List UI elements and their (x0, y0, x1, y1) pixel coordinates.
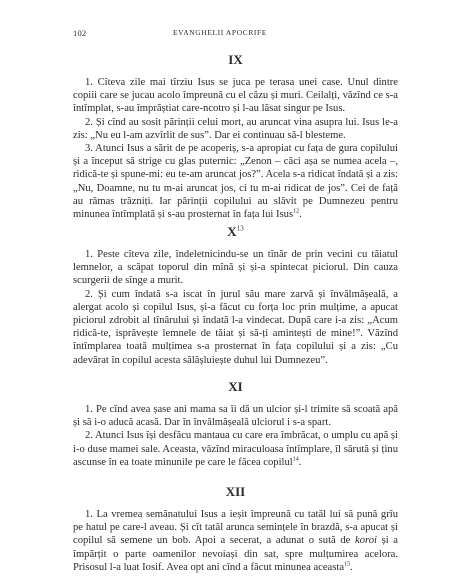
paragraph: 2. Și cînd au sosit părinții celui mort,… (73, 116, 398, 142)
paragraph-text: 2. Atunci Isus își desfăcu mantaua cu ca… (73, 430, 398, 467)
paragraph: 1. Pe cînd avea șase ani mama sa îi dă u… (73, 403, 398, 429)
book-page: 102 EVANGHELII APOCRIFE IX 1. Cîteva zil… (0, 0, 452, 584)
footnote-ref: 12 (293, 209, 299, 215)
chapter-x-text: 1. Peste cîteva zile, îndeletnicindu-se … (73, 248, 398, 367)
chapter-ix-text: 1. Cîteva zile mai tîrziu Isus se juca p… (73, 76, 398, 221)
paragraph-text: 3. Atunci Isus a sărit de pe acoperiș, s… (73, 143, 398, 220)
footnote-ref: 15 (344, 561, 350, 567)
page-number: 102 (73, 28, 86, 38)
chapter-number: IX (228, 52, 242, 67)
chapter-heading-xii: XII (73, 484, 398, 500)
chapter-number: X (227, 224, 236, 239)
chapter-heading-ix: IX (73, 52, 398, 68)
chapter-number: XII (226, 484, 246, 499)
paragraph: 1. La vremea semănatului Isus a ieșit îm… (73, 508, 398, 574)
footnote-ref: 14 (293, 456, 299, 462)
paragraph: 2. Atunci Isus își desfăcu mantaua cu ca… (73, 429, 398, 469)
italic-term: koroi (355, 535, 377, 546)
footnote-ref: 13 (237, 225, 244, 233)
paragraph: 1. Cîteva zile mai tîrziu Isus se juca p… (73, 76, 398, 116)
chapter-heading-xi: XI (73, 379, 398, 395)
paragraph: 2. Și cum îndată s-a iscat în jurul său … (73, 288, 398, 367)
paragraph: 1. Peste cîteva zile, îndeletnicindu-se … (73, 248, 398, 288)
chapter-heading-x: X13 (73, 224, 398, 240)
paragraph-text: 1. La vremea semănatului Isus a ieșit îm… (73, 509, 398, 546)
paragraph: 3. Atunci Isus a sărit de pe acoperiș, s… (73, 142, 398, 221)
chapter-xii-text: 1. La vremea semănatului Isus a ieșit îm… (73, 508, 398, 574)
chapter-number: XI (228, 379, 242, 394)
chapter-xi-text: 1. Pe cînd avea șase ani mama sa îi dă u… (73, 403, 398, 469)
running-title: EVANGHELII APOCRIFE (173, 28, 267, 37)
